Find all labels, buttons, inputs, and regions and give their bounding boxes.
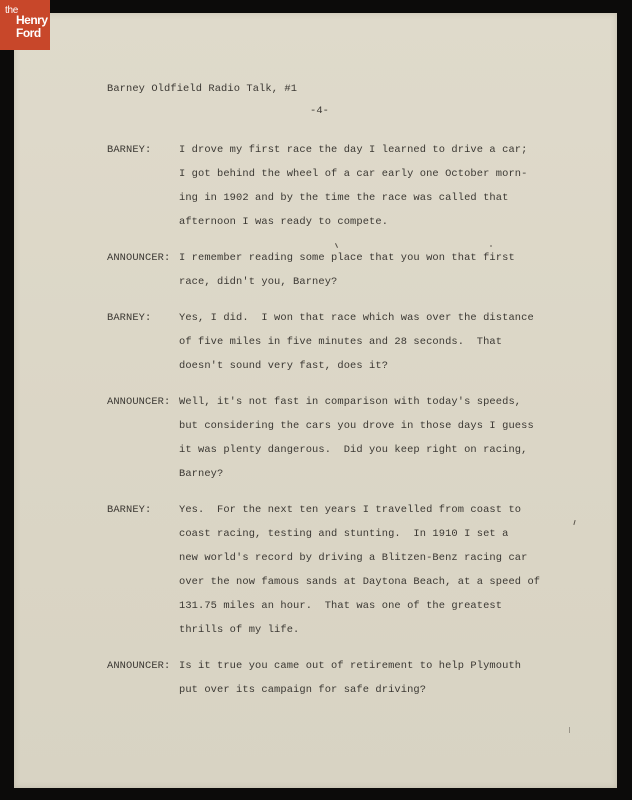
dialogue-line: I got behind the wheel of a car early on… — [179, 168, 527, 180]
speaker-label: ANNOUNCER: — [107, 660, 170, 672]
speaker-label: BARNEY: — [107, 312, 151, 324]
dialogue-line: of five miles in five minutes and 28 sec… — [179, 336, 502, 348]
dialogue-line: I remember reading some place that you w… — [179, 252, 515, 264]
logo-henry: Henry — [16, 14, 48, 26]
dialogue-line: 131.75 miles an hour. That was one of th… — [179, 600, 502, 612]
dialogue-line: Is it true you came out of retirement to… — [179, 660, 521, 672]
speaker-label: BARNEY: — [107, 144, 151, 156]
dialogue-line: thrills of my life. — [179, 624, 299, 636]
dialogue-line: it was plenty dangerous. Did you keep ri… — [179, 444, 527, 456]
dialogue-line: over the now famous sands at Daytona Bea… — [179, 576, 540, 588]
dialogue-line: but considering the cars you drove in th… — [179, 420, 534, 432]
speaker-label: ANNOUNCER: — [107, 252, 170, 264]
dialogue-line: ing in 1902 and by the time the race was… — [179, 192, 508, 204]
document-title: Barney Oldfield Radio Talk, #1 — [107, 83, 297, 95]
scanned-page-viewer: the Henry Ford Barney Oldfield Radio Tal… — [0, 0, 632, 800]
page-number: -4- — [310, 105, 329, 117]
paper-mark — [490, 245, 492, 247]
dialogue-line: race, didn't you, Barney? — [179, 276, 337, 288]
dialogue-line: Yes, I did. I won that race which was ov… — [179, 312, 534, 324]
dialogue-line: coast racing, testing and stunting. In 1… — [179, 528, 508, 540]
dialogue-line: doesn't sound very fast, does it? — [179, 360, 388, 372]
speaker-label: ANNOUNCER: — [107, 396, 170, 408]
dialogue-line: afternoon I was ready to compete. — [179, 216, 388, 228]
dialogue-line: Well, it's not fast in comparison with t… — [179, 396, 521, 408]
dialogue-line: new world's record by driving a Blitzen-… — [179, 552, 527, 564]
speaker-label: BARNEY: — [107, 504, 151, 516]
dialogue-line: I drove my first race the day I learned … — [179, 144, 527, 156]
dialogue-line: put over its campaign for safe driving? — [179, 684, 426, 696]
dialogue-line: Barney? — [179, 468, 223, 480]
logo-ford: Ford — [16, 27, 41, 39]
paper-mark — [569, 727, 570, 733]
dialogue-line: Yes. For the next ten years I travelled … — [179, 504, 521, 516]
henry-ford-logo: the Henry Ford — [0, 0, 50, 50]
